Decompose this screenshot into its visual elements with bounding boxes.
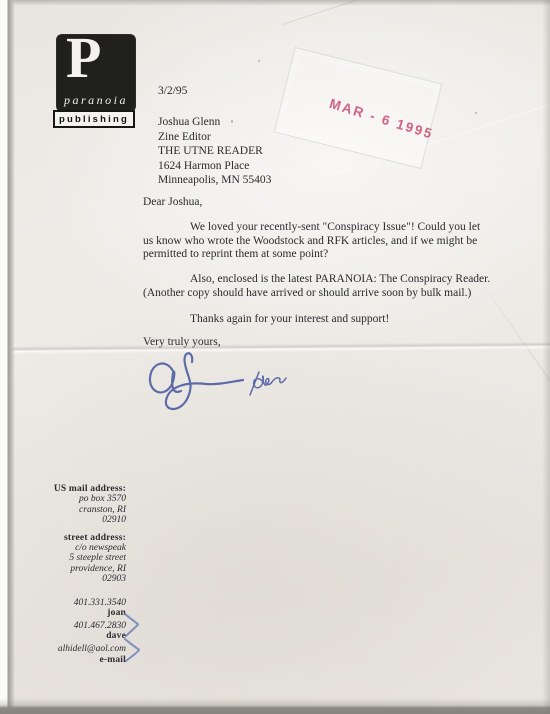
street-line: 5 steeple street xyxy=(40,553,126,563)
paragraph-2: Also, enclosed is the latest PARANOIA: T… xyxy=(143,273,490,300)
phone-name: dave xyxy=(40,631,126,641)
logo-publishing-box: publishing xyxy=(53,110,135,128)
phone-dave: 401.467.2830 dave xyxy=(40,621,126,642)
street-line: c/o newspeak xyxy=(40,543,126,553)
scan-edge-left xyxy=(0,0,15,714)
email-contact: alhidell@aol.com e-mail xyxy=(40,644,126,665)
us-mail-line: po box 3570 xyxy=(40,494,126,504)
us-mail-line: cranston, RI xyxy=(40,505,126,515)
email-label: e-mail xyxy=(40,655,126,665)
handwritten-signature: al /dave xyxy=(146,351,306,426)
body-line: permitted to reprint them at some point? xyxy=(143,248,480,262)
recipient-title: Zine Editor xyxy=(158,130,271,145)
body-line: (Another copy should have arrived or sho… xyxy=(143,287,490,301)
logo-paranoia-text: paranoia xyxy=(57,93,135,108)
body-line: We loved your recently-sent "Conspiracy … xyxy=(143,221,480,235)
phone-name: joan xyxy=(40,608,126,618)
dust-speck xyxy=(475,112,477,114)
paragraph-1: We loved your recently-sent "Conspiracy … xyxy=(143,221,480,262)
email-address: alhidell@aol.com xyxy=(40,644,126,654)
recipient-city: Minneapolis, MN 55403 xyxy=(158,173,271,188)
recipient-name: Joshua Glenn xyxy=(158,115,271,130)
dust-speck xyxy=(231,120,233,123)
ink-chevron-mark xyxy=(123,637,141,663)
phone-number: 401.331.3540 xyxy=(40,598,126,608)
us-mail-line: 02910 xyxy=(40,515,126,525)
us-mail-label: US mail address: xyxy=(40,484,126,494)
thanks-line: Thanks again for your interest and suppo… xyxy=(190,313,389,325)
contact-block: US mail address: po box 3570 cranston, R… xyxy=(40,484,126,668)
scanned-letter: P paranoia publishing MAR - 6 1995 3/2/9… xyxy=(0,0,550,714)
body-line: Also, enclosed is the latest PARANOIA: T… xyxy=(143,273,490,287)
closing-line: Very truly yours, xyxy=(143,336,221,348)
scan-edge-top xyxy=(0,0,550,6)
street-address: street address: c/o newspeak 5 steeple s… xyxy=(40,533,126,585)
paranoia-logo: P paranoia xyxy=(57,35,135,111)
signature-ink xyxy=(146,351,306,426)
phone-joan: 401.331.3540 joan xyxy=(40,598,126,619)
phone-number: 401.467.2830 xyxy=(40,621,126,631)
logo-publishing-text: publishing xyxy=(59,114,129,125)
street-line: 02903 xyxy=(40,574,126,584)
body-line: us know who wrote the Woodstock and RFK … xyxy=(143,235,480,249)
ink-chevron-mark xyxy=(123,612,141,638)
us-mail-address: US mail address: po box 3570 cranston, R… xyxy=(40,484,126,526)
recipient-address: Joshua Glenn Zine Editor THE UTNE READER… xyxy=(158,115,271,188)
street-line: providence, RI xyxy=(40,564,126,574)
dust-speck xyxy=(258,60,260,62)
recipient-street: 1624 Harmon Place xyxy=(158,159,271,174)
salutation: Dear Joshua, xyxy=(143,196,202,208)
scan-edge-bottom xyxy=(0,698,550,714)
logo-p-letter: P xyxy=(66,29,101,87)
scan-edge-right xyxy=(542,0,550,714)
letter-date: 3/2/95 xyxy=(158,85,187,97)
recipient-org: THE UTNE READER xyxy=(158,144,271,159)
street-label: street address: xyxy=(40,533,126,543)
